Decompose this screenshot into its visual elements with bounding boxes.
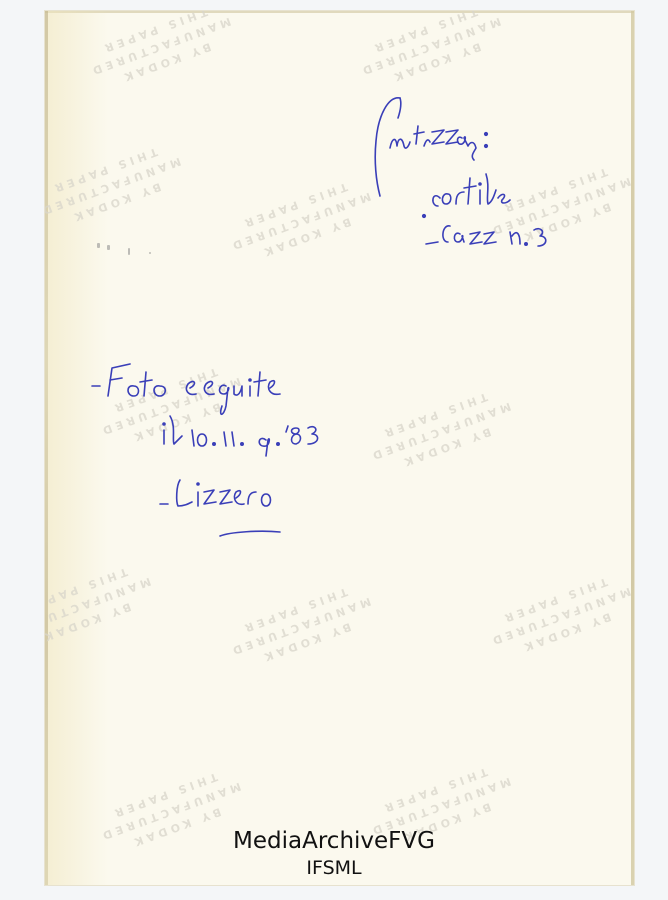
paper-edge-top: [45, 11, 634, 13]
faint-mark: [149, 252, 151, 254]
watermark: BY KODAKMANUFACTUREDTHIS PAPER: [221, 577, 379, 676]
watermark: BY KODAKMANUFACTUREDTHIS PAPER: [351, 11, 509, 96]
faint-mark: [128, 248, 130, 255]
faint-mark: [107, 245, 110, 250]
watermark: BY KODAKMANUFACTUREDTHIS PAPER: [481, 567, 634, 666]
handwritten-note-top-right: [370, 86, 570, 256]
paper-edge-right: [631, 11, 634, 885]
archive-caption: MediaArchiveFVG IFSML: [0, 826, 668, 880]
photo-back-paper: BY KODAKMANUFACTUREDTHIS PAPER BY KODAKM…: [45, 11, 634, 885]
archive-title: MediaArchiveFVG: [0, 826, 668, 856]
watermark: BY KODAKMANUFACTUREDTHIS PAPER: [221, 172, 379, 271]
archive-subtitle: IFSML: [0, 856, 668, 880]
handwritten-note-middle-left: [90, 356, 390, 556]
faint-mark: [97, 243, 100, 248]
